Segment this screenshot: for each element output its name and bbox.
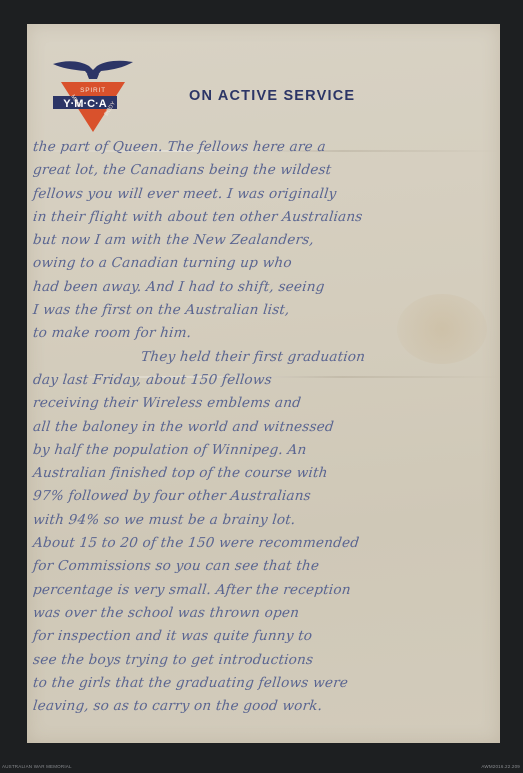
handwritten-line: About 15 to 20 of the 150 were recommend… xyxy=(32,532,494,555)
handwritten-line: fellows you will ever meet. I was origin… xyxy=(32,183,494,206)
handwritten-line: 97% followed by four other Australians xyxy=(32,485,494,508)
svg-text:SPIRIT: SPIRIT xyxy=(80,87,106,94)
handwritten-line: owing to a Canadian turning up who xyxy=(32,252,494,275)
handwritten-line: had been away. And I had to shift, seein… xyxy=(32,276,494,299)
handwritten-line: receiving their Wireless emblems and xyxy=(32,392,494,415)
handwritten-line: was over the school was thrown open xyxy=(32,602,494,625)
handwritten-line: but now I am with the New Zealanders, xyxy=(32,229,494,252)
letterhead-title: ON ACTIVE SERVICE xyxy=(189,88,355,104)
handwritten-line: day last Friday, about 150 fellows xyxy=(32,369,494,392)
handwritten-line: great lot, the Canadians being the wilde… xyxy=(32,159,494,182)
handwritten-line: by half the population of Winnipeg. An xyxy=(32,439,494,462)
handwritten-line: in their flight with about ten other Aus… xyxy=(32,206,494,229)
handwritten-line: to make room for him. xyxy=(32,322,494,345)
handwritten-line: the part of Queen. The fellows here are … xyxy=(32,136,494,159)
handwritten-line: Australian finished top of the course wi… xyxy=(32,462,494,485)
handwritten-line: for inspection and it was quite funny to xyxy=(32,625,494,648)
handwritten-line: see the boys trying to get introductions xyxy=(32,649,494,672)
handwritten-line: leaving, so as to carry on the good work… xyxy=(32,695,494,718)
handwritten-line-paragraph-start: They held their first graduation xyxy=(32,346,494,369)
svg-text:Y·M·C·A: Y·M·C·A xyxy=(63,98,106,110)
ymca-logo: Y·M·C·A SPIRIT MIND BODY xyxy=(51,54,135,132)
handwritten-line: to the girls that the graduating fellows… xyxy=(32,672,494,695)
handwritten-body: the part of Queen. The fellows here are … xyxy=(33,136,493,718)
handwritten-line: I was the first on the Australian list, xyxy=(32,299,494,322)
handwritten-line: all the baloney in the world and witness… xyxy=(32,416,494,439)
footer-accession-number: AWM2016.22.209 xyxy=(481,764,520,769)
letter-page: Y·M·C·A SPIRIT MIND BODY ON ACTIVE SERVI… xyxy=(27,24,500,743)
eagle-icon: Y·M·C·A SPIRIT MIND BODY xyxy=(51,54,135,132)
footer-credit: AUSTRALIAN WAR MEMORIAL xyxy=(2,764,72,769)
handwritten-line: percentage is very small. After the rece… xyxy=(32,579,494,602)
handwritten-line: for Commissions so you can see that the xyxy=(32,555,494,578)
handwritten-line: with 94% so we must be a brainy lot. xyxy=(32,509,494,532)
